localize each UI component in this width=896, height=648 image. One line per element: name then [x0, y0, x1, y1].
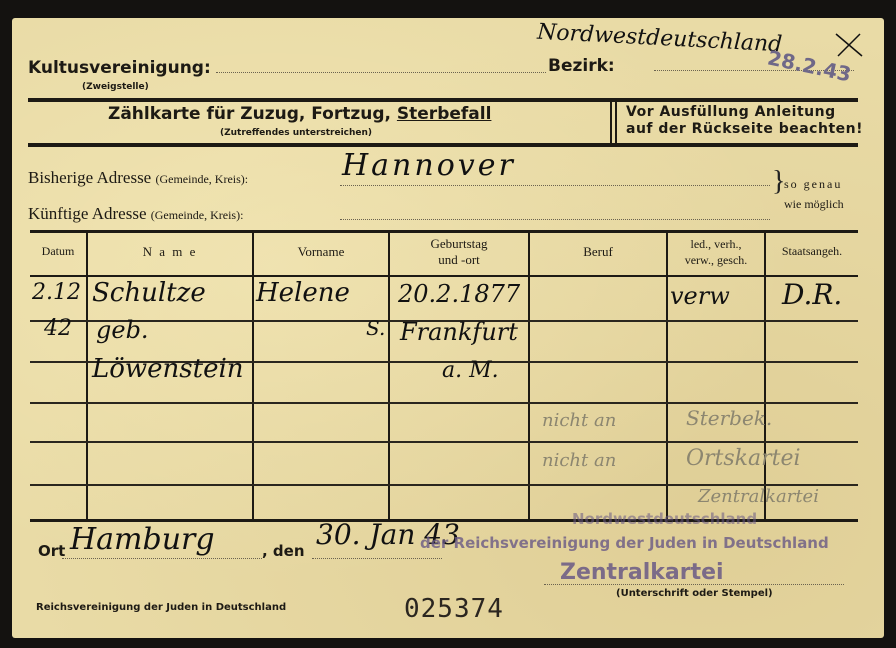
previous-address-field — [340, 185, 770, 186]
entry-geburt-1: 20.2.1877 — [398, 280, 520, 308]
entry-datum-1: 2.12 — [32, 280, 81, 305]
instructions-note: Vor Ausfüllung Anleitung auf der Rücksei… — [626, 104, 863, 138]
entry-status: verw — [670, 282, 730, 310]
organization-name: Reichsvereinigung der Juden in Deutschla… — [36, 602, 286, 613]
serial-number: 025374 — [404, 594, 504, 624]
header-line: led., verh., — [668, 236, 764, 252]
cross-mark — [834, 30, 864, 60]
title-text: Zählkarte für Zuzug, Fortzug, — [108, 104, 397, 124]
ort-value: Hamburg — [70, 522, 215, 557]
note-line: auf der Rückseite beachten! — [626, 121, 863, 138]
entry-name-1: Schultze — [92, 278, 206, 308]
signature-field — [544, 584, 844, 585]
entry-staatsangeh: D.R. — [782, 278, 842, 311]
divider — [615, 102, 617, 144]
header-line: und -ort — [390, 252, 528, 268]
table-top-border — [30, 230, 858, 233]
kultus-sub: (Zweigstelle) — [82, 82, 149, 92]
label-sub: (Gemeinde, Kreis): — [155, 172, 248, 186]
bezirk-label: Bezirk: — [548, 56, 615, 76]
pencil-note-status-1: Sterbek. — [686, 406, 772, 430]
col-header-vorname: Vorname — [254, 244, 388, 260]
divider — [28, 143, 858, 147]
entry-vorname: Helene — [256, 278, 350, 308]
entry-geburt-2: Frankfurt — [400, 318, 518, 346]
stamp-line-1: Nordwestdeutschland — [572, 510, 757, 528]
previous-address-value: Hannover — [342, 148, 516, 183]
col-header-status: led., verh., verw., gesch. — [668, 236, 764, 268]
index-card: Kultusvereinigung: (Zweigstelle) Bezirk:… — [12, 18, 884, 638]
row-line — [30, 402, 858, 404]
row-line — [30, 441, 858, 443]
ort-field — [62, 558, 262, 559]
pencil-note-beruf-1: nicht an — [542, 410, 616, 431]
entry-name-2: geb. — [96, 316, 149, 344]
divider — [28, 98, 858, 102]
previous-address-label: Bisherige Adresse (Gemeinde, Kreis): — [28, 168, 248, 188]
den-label: , den — [262, 542, 305, 560]
note-line: so genau — [784, 174, 844, 194]
label-sub: (Gemeinde, Kreis): — [151, 208, 244, 222]
title-sub: (Zutreffendes unterstreichen) — [220, 128, 372, 138]
future-address-field — [340, 219, 770, 220]
signature-label: (Unterschrift oder Stempel) — [616, 588, 773, 599]
label: Bisherige Adresse — [28, 168, 151, 187]
pencil-note-beruf-2: nicht an — [542, 450, 616, 471]
col-divider — [86, 230, 88, 522]
col-header-geburt: Geburtstag und -ort — [390, 236, 528, 268]
date-field — [312, 558, 442, 559]
col-header-name: N a m e — [88, 244, 252, 260]
header-line: Geburtstag — [390, 236, 528, 252]
stamp-line-3: Zentralkartei — [560, 560, 724, 585]
card-title: Zählkarte für Zuzug, Fortzug, Sterbefall — [108, 104, 491, 124]
entry-datum-2: 42 — [44, 316, 72, 341]
col-header-datum: Datum — [30, 244, 86, 259]
stamp-line-2: der Reichsvereinigung der Juden in Deuts… — [420, 534, 829, 552]
future-address-label: Künftige Adresse (Gemeinde, Kreis): — [28, 204, 243, 224]
label: Künftige Adresse — [28, 204, 147, 223]
note-line: Vor Ausfüllung Anleitung — [626, 104, 863, 121]
precision-note: so genau wie möglich — [784, 174, 844, 214]
header-border — [30, 275, 858, 277]
pencil-note-status-3: Zentralkartei — [698, 486, 819, 507]
pencil-note-status-2: Ortskartei — [686, 446, 801, 471]
title-underlined: Sterbefall — [397, 104, 492, 124]
col-header-beruf: Beruf — [530, 244, 666, 260]
bezirk-handwritten: Nordwestdeutschland — [537, 20, 783, 58]
header-line: verw., gesch. — [668, 252, 764, 268]
records-table: Datum N a m e Vorname Geburtstag und -or… — [30, 230, 858, 522]
col-divider — [764, 230, 766, 522]
col-divider — [528, 230, 530, 522]
col-divider — [666, 230, 668, 522]
kultus-label: Kultusvereinigung: — [28, 58, 211, 78]
entry-name-3: Löwenstein — [92, 354, 244, 384]
col-divider — [252, 230, 254, 522]
kultus-field — [216, 72, 546, 73]
col-divider — [388, 230, 390, 522]
entry-vorname-note: S. — [366, 316, 385, 340]
divider — [610, 102, 612, 144]
note-line: wie möglich — [784, 194, 844, 214]
entry-geburt-3: a. M. — [442, 358, 499, 383]
col-header-staatsangeh: Staatsangeh. — [766, 244, 858, 259]
